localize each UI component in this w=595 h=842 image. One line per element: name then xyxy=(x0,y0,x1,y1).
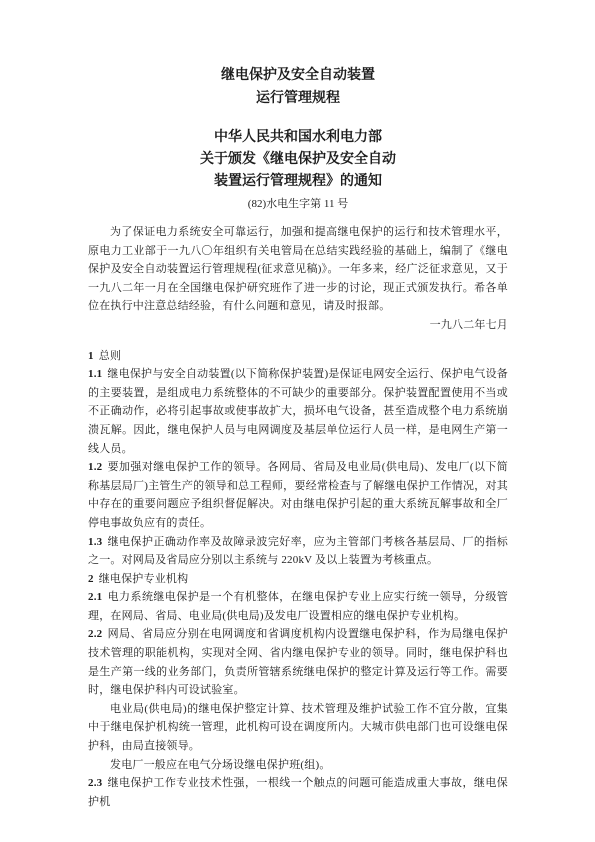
section-2-title: 继电保护专业机构 xyxy=(99,573,189,585)
paragraph-1-2-text: 要加强对继电保护工作的领导。各网局、省局及电业局(供电局)、发电厂(以下简称基层… xyxy=(88,461,508,529)
paragraph-2-2-text: 网局、省局应分别在电网调度和省调度机构内设置继电保护科，作为局继电保护技术管理的… xyxy=(88,628,508,696)
section-1-number: 1 xyxy=(88,350,94,362)
document-body: 为了保证电力系统安全可靠运行，加强和提高继电保护的运行和技术管理水平，原电力工业… xyxy=(88,223,508,811)
paragraph-1-2: 1.2要加强对继电保护工作的领导。各网局、省局及电业局(供电局)、发电厂(以下简… xyxy=(88,458,508,532)
notice-title: 中华人民共和国水利电力部 关于颁发《继电保护及安全自动 装置运行管理规程》的通知 xyxy=(88,127,508,193)
doc-title-line2: 运行管理规程 xyxy=(88,87,508,110)
paragraph-2-3: 2.3继电保护工作专业技术性强，一根线一个触点的问题可能造成重大事故，继电保护机 xyxy=(88,774,508,811)
section-2-number: 2 xyxy=(88,573,94,585)
section-1-heading: 1总则 xyxy=(88,347,508,366)
paragraph-2-3-number: 2.3 xyxy=(88,777,102,789)
notice-title-line1: 中华人民共和国水利电力部 xyxy=(88,127,508,149)
paragraph-1-3: 1.3继电保护正确动作率及故障录波完好率，应为主管部门考核各基层局、厂的指标之一… xyxy=(88,533,508,570)
paragraph-2-1-number: 2.1 xyxy=(88,591,102,603)
paragraph-1-3-number: 1.3 xyxy=(88,536,102,548)
notice-title-line2: 关于颁发《继电保护及安全自动 xyxy=(88,149,508,171)
paragraph-1-3-text: 继电保护正确动作率及故障录波完好率，应为主管部门考核各基层局、厂的指标之一。对网… xyxy=(88,536,508,567)
paragraph-2-3-text: 继电保护工作专业技术性强，一根线一个触点的问题可能造成重大事故，继电保护机 xyxy=(88,777,508,808)
notice-title-line3: 装置运行管理规程》的通知 xyxy=(88,171,508,193)
paragraph-2-2-sub2: 发电厂一般应在电气分场设继电保护班(组)。 xyxy=(88,756,508,775)
paragraph-2-1-text: 电力系统继电保护是一个有机整体，在继电保护专业上应实行统一领导，分级管理，在网局… xyxy=(88,591,508,622)
paragraph-2-2: 2.2网局、省局应分别在电网调度和省调度机构内设置继电保护科，作为局继电保护技术… xyxy=(88,625,508,699)
doc-title: 继电保护及安全自动装置 运行管理规程 xyxy=(88,64,508,110)
document-page: 继电保护及安全自动装置 运行管理规程 中华人民共和国水利电力部 关于颁发《继电保… xyxy=(0,0,595,842)
paragraph-1-1-text: 继电保护与安全自动装置(以下简称保护装置)是保证电网安全运行、保护电气设备的主要… xyxy=(88,368,508,454)
paragraph-1-1-number: 1.1 xyxy=(88,368,102,380)
section-1-title: 总则 xyxy=(99,350,121,362)
paragraph-2-1: 2.1电力系统继电保护是一个有机整体，在继电保护专业上应实行统一领导，分级管理，… xyxy=(88,588,508,625)
intro-paragraph: 为了保证电力系统安全可靠运行，加强和提高继电保护的运行和技术管理水平，原电力工业… xyxy=(88,223,508,316)
section-2-heading: 2继电保护专业机构 xyxy=(88,570,508,589)
paragraph-1-1: 1.1继电保护与安全自动装置(以下简称保护装置)是保证电网安全运行、保护电气设备… xyxy=(88,365,508,458)
paragraph-2-2-number: 2.2 xyxy=(88,628,102,640)
doc-title-line1: 继电保护及安全自动装置 xyxy=(88,64,508,87)
issue-date: 一九八二年七月 xyxy=(88,316,508,335)
doc-number: (82)水电生字第 11 号 xyxy=(88,194,508,214)
paragraph-1-2-number: 1.2 xyxy=(88,461,102,473)
paragraph-2-2-sub1: 电业局(供电局)的继电保护整定计算、技术管理及维护试验工作不宜分散，宜集中于继电… xyxy=(88,700,508,756)
